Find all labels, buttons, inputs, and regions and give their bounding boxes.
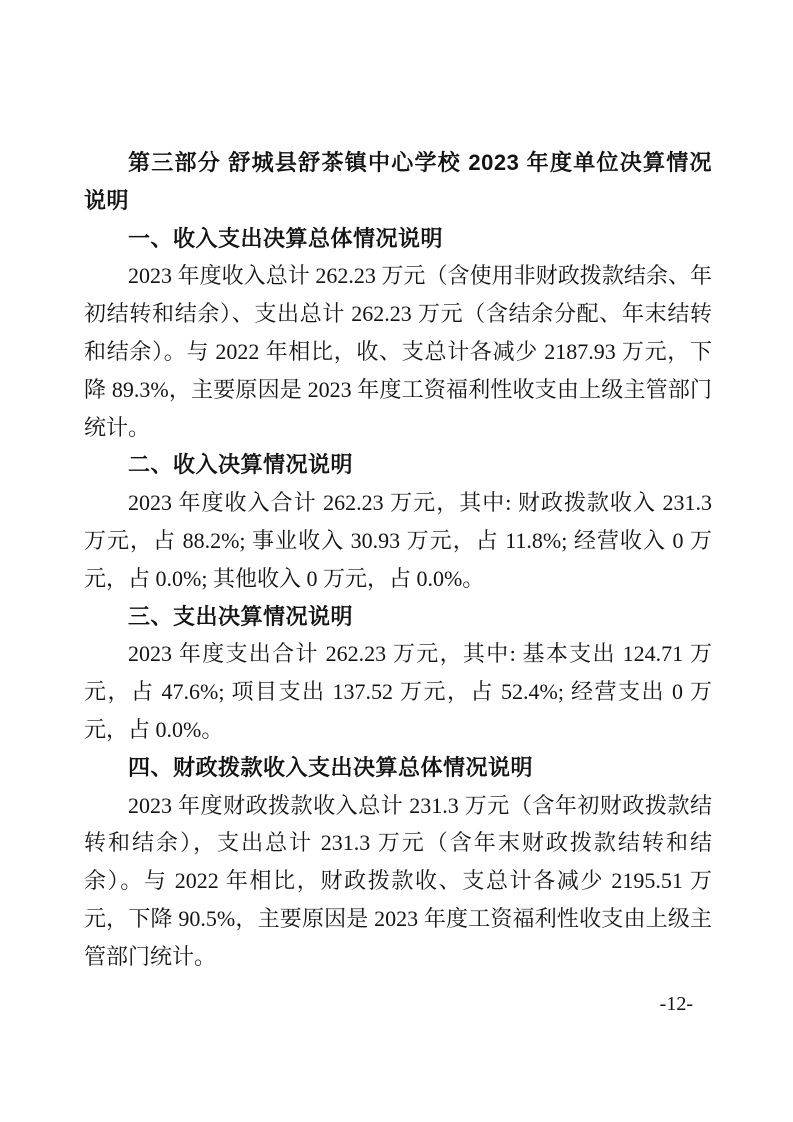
page-number: -12- — [660, 992, 693, 1016]
document-page: 第三部分 舒城县舒茶镇中心学校 2023 年度单位决算情况说明 一、收入支出决算… — [0, 0, 793, 1122]
section-1-heading: 一、收入支出决算总体情况说明 — [84, 220, 712, 258]
section-3-heading: 三、支出决算情况说明 — [84, 598, 712, 636]
document-title: 第三部分 舒城县舒茶镇中心学校 2023 年度单位决算情况说明 — [84, 144, 712, 220]
section-expenditure-details: 三、支出决算情况说明 2023 年度支出合计 262.23 万元，其中: 基本支… — [84, 598, 712, 749]
section-3-paragraph: 2023 年度支出合计 262.23 万元，其中: 基本支出 124.71 万元… — [84, 635, 712, 748]
section-2-heading: 二、收入决算情况说明 — [84, 446, 712, 484]
section-1-paragraph: 2023 年度收入总计 262.23 万元（含使用非财政拨款结余、年初结转和结余… — [84, 257, 712, 446]
section-income-expenditure-overview: 一、收入支出决算总体情况说明 2023 年度收入总计 262.23 万元（含使用… — [84, 220, 712, 447]
section-4-heading: 四、财政拨款收入支出决算总体情况说明 — [84, 749, 712, 787]
section-4-paragraph: 2023 年度财政拨款收入总计 231.3 万元（含年初财政拨款结转和结余），支… — [84, 787, 712, 976]
section-income-details: 二、收入决算情况说明 2023 年度收入合计 262.23 万元，其中: 财政拨… — [84, 446, 712, 597]
section-fiscal-appropriation-overview: 四、财政拨款收入支出决算总体情况说明 2023 年度财政拨款收入总计 231.3… — [84, 749, 712, 976]
section-2-paragraph: 2023 年度收入合计 262.23 万元，其中: 财政拨款收入 231.3 万… — [84, 484, 712, 597]
document-content: 第三部分 舒城县舒茶镇中心学校 2023 年度单位决算情况说明 一、收入支出决算… — [84, 144, 712, 976]
